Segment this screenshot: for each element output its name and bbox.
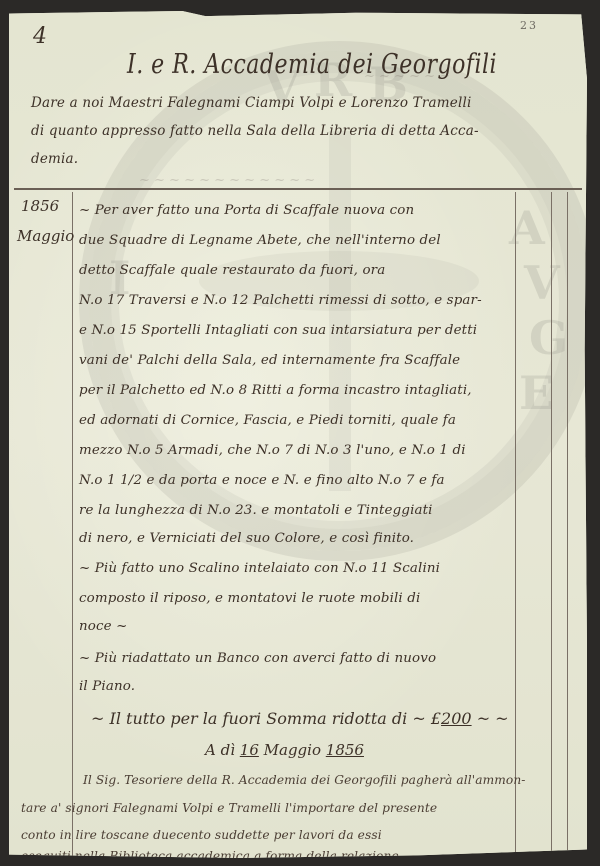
total-suffix: ~ ~ bbox=[477, 709, 509, 728]
dateline: A dì 16 Maggio 1856 bbox=[205, 741, 364, 759]
entry-line: di nero, e Verniciati del suo Colore, e … bbox=[79, 531, 414, 546]
entry-line: ed adornati di Cornice, Fascia, e Piedi … bbox=[79, 413, 456, 428]
bleed-through-text: ~ ~ ~ ~ ~ ~ ~ ~ ~ ~ ~ ~ bbox=[139, 173, 315, 188]
payment-note-line: Il Sig. Tesoriere della R. Accademia dei… bbox=[83, 773, 526, 787]
entry-line: composto il riposo, e montatovi le ruote… bbox=[79, 591, 420, 606]
payment-note-line: conto in lire toscane duecento suddette … bbox=[21, 828, 382, 842]
currency-symbol: £ bbox=[431, 709, 441, 728]
dateline-prefix: A dì bbox=[205, 741, 235, 759]
document-title: I. e R. Accademia dei Georgofili bbox=[127, 49, 497, 80]
entry-line: ~ Più fatto uno Scalino intelaiato con N… bbox=[79, 561, 440, 576]
entry-line: il Piano. bbox=[79, 679, 135, 694]
entry-line: due Squadre di Legname Abete, che nell'i… bbox=[79, 233, 441, 248]
header-line: Dare a noi Maestri Falegnami Ciampi Volp… bbox=[31, 95, 472, 111]
total-amount: 200 bbox=[441, 709, 472, 728]
corner-number: 4 bbox=[33, 24, 47, 49]
entry-month: Maggio bbox=[17, 227, 74, 245]
entry-year: 1856 bbox=[21, 197, 59, 215]
date-column-rule bbox=[72, 192, 73, 858]
folio-number: 23 bbox=[520, 19, 538, 32]
amount-column-rule bbox=[551, 192, 552, 858]
dateline-month: Maggio bbox=[264, 741, 321, 759]
entry-line: N.o 17 Traversi e N.o 12 Palchetti rimes… bbox=[79, 293, 482, 308]
entry-line: ~ Per aver fatto una Porta di Scaffale n… bbox=[79, 203, 414, 218]
payment-note-line: tare a' signori Falegnami Volpi e Tramel… bbox=[21, 801, 437, 815]
dateline-day: 16 bbox=[240, 741, 259, 759]
entry-line: ~ Più riadattato un Banco con averci fat… bbox=[79, 651, 436, 666]
entry-line: e N.o 15 Sportelli Intagliati con sua in… bbox=[79, 323, 477, 338]
amount-column-rule bbox=[567, 192, 568, 858]
entry-line: N.o 1 1/2 e da porta e noce e N. e fino … bbox=[79, 473, 445, 488]
entry-line: mezzo N.o 5 Armadi, che N.o 7 di N.o 3 l… bbox=[79, 443, 466, 458]
header-line: di quanto appresso fatto nella Sala dell… bbox=[31, 123, 479, 139]
entry-line: per il Palchetto ed N.o 8 Ritti a forma … bbox=[79, 383, 472, 398]
dateline-year: 1856 bbox=[326, 741, 364, 759]
amount-column-rule bbox=[515, 192, 516, 858]
entry-line: re la lunghezza di N.o 23. e montatoli e… bbox=[79, 503, 433, 518]
header-line: demia. bbox=[31, 151, 78, 167]
payment-note-line: eseguiti nella Biblioteca accademica a f… bbox=[21, 849, 399, 858]
entry-line: detto Scaffale quale restaurato da fuori… bbox=[79, 263, 385, 278]
manuscript-page: V R B I A V G E ~ ~ ~ ~ ~ ~ ~ ~ ~ ~ ~ ~ … bbox=[9, 11, 587, 858]
horizontal-rule bbox=[14, 188, 582, 190]
entry-line: noce ~ bbox=[79, 619, 128, 634]
total-text: ~ Il tutto per la fuori Somma ridotta di… bbox=[91, 709, 426, 728]
total-label: ~ Il tutto per la fuori Somma ridotta di… bbox=[91, 709, 509, 728]
entry-line: vani de' Palchi della Sala, ed intername… bbox=[79, 353, 460, 368]
